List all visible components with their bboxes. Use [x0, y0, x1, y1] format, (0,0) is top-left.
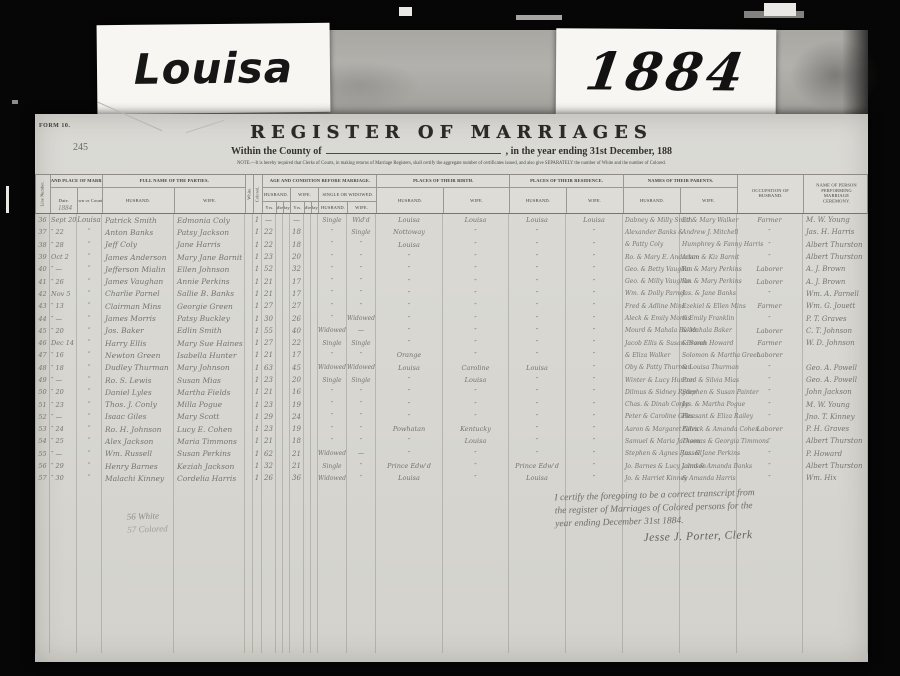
register-cell-w_res: ″ — [566, 288, 623, 300]
register-cell-w_cond: Widowed — [347, 312, 376, 324]
register-cell-w_mos — [304, 411, 311, 423]
register-cell-minister: M. W. Young — [803, 398, 868, 410]
register-cell-h_birth: ″ — [376, 411, 443, 423]
register-cell-white — [245, 288, 253, 300]
register-cell-husband: Thos. J. Conly — [102, 398, 174, 410]
register-cell-wife: Ellen Johnson — [174, 263, 245, 275]
register-cell-h_cond: ″ — [318, 275, 347, 287]
register-cell-h_yrs: 62 — [262, 448, 276, 460]
register-cell-w_mos — [304, 251, 311, 263]
register-cell-h_birth: Louisa — [376, 214, 443, 226]
register-cell-h_res: ″ — [509, 239, 566, 251]
register-cell-w_parents: & Mahala Baker — [680, 325, 737, 337]
col-age-wife: WIFE. — [291, 188, 319, 202]
register-cell-w_yrs: 40 — [290, 325, 304, 337]
register-cell-w_res: ″ — [566, 312, 623, 324]
register-cell-h_yrs: 21 — [262, 349, 276, 361]
register-cell-h_res: ″ — [509, 226, 566, 238]
table-body: 36Sept 20LouisaPatrick SmithEdmonia Coly… — [35, 214, 868, 485]
register-cell-h_days — [283, 325, 290, 337]
register-cell-occupation: ″ — [737, 374, 803, 386]
register-cell-w_days — [311, 239, 318, 251]
register-cell-occupation: ″ — [737, 460, 803, 472]
empty-cell — [376, 485, 443, 653]
film-speck — [399, 7, 412, 16]
register-cell-w_res: ″ — [566, 337, 623, 349]
register-cell-wife: Patsy Buckley — [174, 312, 245, 324]
col-age-condition: AGE AND CONDITION BEFORE MARRIAGE. — [263, 175, 377, 188]
register-row: 48″ 18″Dudley ThurmanMary Johnson16345Wi… — [35, 362, 868, 374]
register-cell-colored: 1 — [253, 251, 262, 263]
register-cell-date: ″ 29 — [50, 460, 77, 472]
register-cell-w_yrs: 17 — [290, 275, 304, 287]
register-cell-w_mos — [304, 275, 311, 287]
register-cell-minister: Wm. A. Parnell — [803, 288, 868, 300]
register-cell-white — [245, 374, 253, 386]
register-cell-w_cond: ″ — [347, 251, 376, 263]
register-cell-colored: 1 — [253, 448, 262, 460]
subtitle-prefix: Within the County of — [231, 146, 322, 157]
register-cell-h_res: ″ — [509, 435, 566, 447]
register-cell-h_days — [283, 239, 290, 251]
col-cond-wife: WIFE. — [348, 202, 377, 213]
register-cell-husband: Alex Jackson — [102, 435, 174, 447]
register-cell-h_parents: Geo. & Betty Vaughan — [623, 263, 680, 275]
register-cell-w_cond: Single — [347, 226, 376, 238]
register-cell-w_days — [311, 337, 318, 349]
register-cell-town: ″ — [77, 226, 102, 238]
register-cell-w_birth: ″ — [443, 226, 509, 238]
register-cell-h_cond: ″ — [318, 239, 347, 251]
col-birth: PLACES OF THEIR BIRTH. — [377, 175, 510, 188]
register-cell-w_parents: Jas. & Martha Pogue — [680, 398, 737, 410]
register-cell-minister: Albert Thurston — [803, 435, 868, 447]
register-row: 56″ 29″Henry BarnesKeziah Jackson13221Si… — [35, 460, 868, 472]
col-colored: Colored. — [254, 175, 263, 213]
register-cell-w_parents: Ro. & Mary Perkins — [680, 275, 737, 287]
register-cell-h_res: ″ — [509, 386, 566, 398]
register-cell-w_cond: Single — [347, 337, 376, 349]
register-cell-w_yrs: 18 — [290, 226, 304, 238]
register-cell-minister: John Jackson — [803, 386, 868, 398]
register-cell-w_res: ″ — [566, 325, 623, 337]
register-cell-w_days — [311, 423, 318, 435]
register-cell-no: 42 — [35, 288, 50, 300]
register-cell-h_res: Prince Edw'd — [509, 460, 566, 472]
register-cell-w_parents: Ed & Mary Walker — [680, 214, 737, 226]
register-cell-no: 36 — [35, 214, 50, 226]
register-cell-h_days — [283, 226, 290, 238]
register-cell-w_yrs: 18 — [290, 435, 304, 447]
register-cell-no: 49 — [35, 374, 50, 386]
register-cell-h_parents: Chas. & Dinah Conly — [623, 398, 680, 410]
register-cell-w_parents: & Louisa Thurman — [680, 362, 737, 374]
register-cell-w_res: ″ — [566, 374, 623, 386]
register-cell-h_yrs: 23 — [262, 423, 276, 435]
col-full-name: FULL NAME OF THE PARTIES. — [103, 175, 246, 188]
register-cell-w_birth: ″ — [443, 398, 509, 410]
register-cell-wife: Mary Sue Haines — [174, 337, 245, 349]
register-cell-no: 56 — [35, 460, 50, 472]
register-cell-h_cond: ″ — [318, 251, 347, 263]
register-cell-w_days — [311, 398, 318, 410]
register-cell-h_yrs: 22 — [262, 226, 276, 238]
register-cell-no: 41 — [35, 275, 50, 287]
register-cell-h_yrs: 23 — [262, 251, 276, 263]
register-cell-h_cond: ″ — [318, 263, 347, 275]
register-cell-w_res: ″ — [566, 239, 623, 251]
register-cell-h_days — [283, 312, 290, 324]
register-cell-w_birth: Caroline — [443, 362, 509, 374]
register-cell-w_parents: Thomas & Georgia Timmons — [680, 435, 737, 447]
register-cell-h_mos — [276, 362, 283, 374]
register-cell-w_yrs: 26 — [290, 312, 304, 324]
col-minister: NAME OF PERSON PERFORMING MARRIAGE CEREM… — [804, 175, 869, 213]
register-cell-h_res: ″ — [509, 325, 566, 337]
register-cell-w_res: ″ — [566, 275, 623, 287]
col-parents-husband: HUSBAND. — [624, 188, 681, 213]
register-cell-w_mos — [304, 214, 311, 226]
register-cell-wife: Lucy E. Cohen — [174, 423, 245, 435]
register-cell-w_mos — [304, 325, 311, 337]
register-cell-date: ″ — — [50, 374, 77, 386]
register-cell-w_cond: Widowed — [347, 362, 376, 374]
register-cell-date: Nov 5 — [50, 288, 77, 300]
register-cell-w_res: ″ — [566, 300, 623, 312]
register-cell-h_res: ″ — [509, 275, 566, 287]
register-cell-w_cond: Single — [347, 374, 376, 386]
register-cell-town: ″ — [77, 386, 102, 398]
col-white: White. — [246, 175, 254, 213]
register-cell-colored: 1 — [253, 435, 262, 447]
register-cell-w_days — [311, 300, 318, 312]
register-cell-h_cond: Widowed — [318, 448, 347, 460]
register-cell-no: 48 — [35, 362, 50, 374]
register-row: 44″ —″James MorrisPatsy Buckley13026″Wid… — [35, 312, 868, 324]
register-cell-husband: Daniel Lyles — [102, 386, 174, 398]
register-cell-h_yrs: 32 — [262, 460, 276, 472]
register-cell-w_birth: ″ — [443, 337, 509, 349]
register-cell-w_days — [311, 411, 318, 423]
register-cell-town: Louisa — [77, 214, 102, 226]
register-cell-town: ″ — [77, 288, 102, 300]
register-cell-husband: Ro. H. Johnson — [102, 423, 174, 435]
register-cell-w_parents: Fred & Silvia Mias — [680, 374, 737, 386]
register-cell-h_parents: Wm. & Dolly Parnel — [623, 288, 680, 300]
register-cell-white — [245, 411, 253, 423]
register-cell-w_cond: ″ — [347, 411, 376, 423]
register-cell-white — [245, 239, 253, 251]
register-cell-husband: Ro. S. Lewis — [102, 374, 174, 386]
register-cell-wife: Keziah Jackson — [174, 460, 245, 472]
register-cell-h_yrs: 29 — [262, 411, 276, 423]
empty-cell — [283, 485, 290, 653]
register-cell-occupation: ″ — [737, 312, 803, 324]
film-speck — [12, 100, 18, 104]
register-cell-h_yrs: 23 — [262, 374, 276, 386]
register-cell-colored: 1 — [253, 214, 262, 226]
register-cell-h_res: ″ — [509, 398, 566, 410]
register-cell-h_days — [283, 374, 290, 386]
register-cell-h_birth: ″ — [376, 398, 443, 410]
col-yrs: Yrs. — [263, 202, 277, 213]
register-cell-h_cond: Single — [318, 374, 347, 386]
register-cell-h_mos — [276, 239, 283, 251]
empty-cell — [262, 485, 276, 653]
register-cell-w_parents: Adam & Kiz Barnit — [680, 251, 737, 263]
register-cell-town: ″ — [77, 472, 102, 484]
register-cell-minister: P. H. Graves — [803, 423, 868, 435]
register-cell-w_birth: ″ — [443, 325, 509, 337]
register-cell-date: ″ 22 — [50, 226, 77, 238]
col-yrs: Yrs. — [291, 202, 305, 213]
register-cell-husband: Charlie Parnel — [102, 288, 174, 300]
register-cell-h_res: ″ — [509, 251, 566, 263]
register-cell-w_cond: Wid'd — [347, 214, 376, 226]
register-cell-h_res: ″ — [509, 448, 566, 460]
register-cell-colored: 1 — [253, 337, 262, 349]
register-cell-h_birth: ″ — [376, 288, 443, 300]
empty-cell — [311, 485, 318, 653]
register-cell-town: ″ — [77, 300, 102, 312]
register-cell-w_birth: ″ — [443, 472, 509, 484]
register-cell-w_birth: ″ — [443, 251, 509, 263]
register-cell-w_cond: ″ — [347, 472, 376, 484]
register-cell-w_res: ″ — [566, 349, 623, 361]
register-cell-w_res: ″ — [566, 472, 623, 484]
register-cell-w_yrs: 17 — [290, 349, 304, 361]
register-cell-minister: C. T. Johnson — [803, 325, 868, 337]
register-cell-occupation: ″ — [737, 448, 803, 460]
register-cell-w_parents: Ro. & Mary Perkins — [680, 263, 737, 275]
register-cell-w_days — [311, 460, 318, 472]
register-cell-w_days — [311, 312, 318, 324]
register-cell-wife: Milla Pogue — [174, 398, 245, 410]
year-label-card: 1884 — [556, 28, 777, 116]
register-cell-occupation: ″ — [737, 226, 803, 238]
register-cell-h_cond: ″ — [318, 423, 347, 435]
register-cell-h_days — [283, 472, 290, 484]
register-row: 38″ 28″Jeff ColyJane Harris12218″″Louisa… — [35, 239, 868, 251]
register-cell-w_days — [311, 263, 318, 275]
register-cell-w_days — [311, 349, 318, 361]
register-cell-colored: 1 — [253, 239, 262, 251]
register-cell-town: ″ — [77, 374, 102, 386]
register-cell-h_mos — [276, 423, 283, 435]
register-cell-h_parents: Peter & Caroline Giles — [623, 411, 680, 423]
register-cell-w_mos — [304, 423, 311, 435]
register-cell-h_parents: Dilmus & Sidney Ryder — [623, 386, 680, 398]
register-cell-date: ″ 23 — [50, 398, 77, 410]
register-cell-town: ″ — [77, 239, 102, 251]
register-cell-town: ″ — [77, 312, 102, 324]
register-cell-w_cond: ″ — [347, 398, 376, 410]
register-cell-white — [245, 226, 253, 238]
register-cell-town: ″ — [77, 423, 102, 435]
register-cell-w_yrs: 45 — [290, 362, 304, 374]
register-cell-husband: Dudley Thurman — [102, 362, 174, 374]
register-cell-h_birth: ″ — [376, 435, 443, 447]
register-cell-w_mos — [304, 239, 311, 251]
register-cell-colored: 1 — [253, 325, 262, 337]
register-cell-white — [245, 398, 253, 410]
register-cell-date: ″ 26 — [50, 275, 77, 287]
register-cell-h_mos — [276, 460, 283, 472]
register-cell-occupation: Laborer — [737, 275, 803, 287]
register-cell-w_parents: Pleasant & Eliza Railey — [680, 411, 737, 423]
register-cell-date: ″ 18 — [50, 362, 77, 374]
register-cell-h_parents: Geo. & Milly Vaughan — [623, 275, 680, 287]
register-cell-wife: Edlin Smith — [174, 325, 245, 337]
register-cell-w_mos — [304, 374, 311, 386]
register-row: 51″ 23″Thos. J. ConlyMilla Pogue12319″″″… — [35, 398, 868, 410]
register-cell-h_cond: ″ — [318, 411, 347, 423]
microfilm-frame: { "labels": { "county_card": "Louisa", "… — [0, 0, 900, 676]
register-cell-h_parents: Jo. & Harriet Kinney — [623, 472, 680, 484]
register-cell-w_days — [311, 288, 318, 300]
register-cell-w_cond: ″ — [347, 239, 376, 251]
register-cell-h_birth: ″ — [376, 325, 443, 337]
register-cell-h_parents: Winter & Lucy Hunton — [623, 374, 680, 386]
register-cell-h_parents: Jacob Ellis & Susan Brown — [623, 337, 680, 349]
register-cell-h_res: ″ — [509, 300, 566, 312]
register-cell-w_mos — [304, 362, 311, 374]
register-cell-colored: 1 — [253, 460, 262, 472]
register-cell-h_birth: ″ — [376, 275, 443, 287]
register-cell-w_birth: Louisa — [443, 214, 509, 226]
register-cell-w_res: ″ — [566, 398, 623, 410]
register-cell-h_yrs: 55 — [262, 325, 276, 337]
register-cell-w_birth: ″ — [443, 411, 509, 423]
col-single-widowed: SINGLE OR WIDOWED. — [319, 188, 377, 202]
register-cell-wife: Mary Jane Barnit — [174, 251, 245, 263]
register-cell-husband: James Morris — [102, 312, 174, 324]
register-cell-colored: 1 — [253, 411, 262, 423]
register-cell-h_days — [283, 251, 290, 263]
register-cell-wife: Mary Johnson — [174, 362, 245, 374]
register-cell-colored: 1 — [253, 398, 262, 410]
register-cell-husband: Jeff Coly — [102, 239, 174, 251]
register-cell-date: ″ 20 — [50, 325, 77, 337]
register-cell-h_mos — [276, 275, 283, 287]
register-cell-h_res: ″ — [509, 411, 566, 423]
register-cell-occupation: Laborer — [737, 349, 803, 361]
register-cell-w_days — [311, 325, 318, 337]
register-cell-h_mos — [276, 214, 283, 226]
register-cell-h_mos — [276, 448, 283, 460]
register-cell-husband: Harry Ellis — [102, 337, 174, 349]
col-days: Days. — [312, 202, 319, 213]
register-cell-w_cond: — — [347, 448, 376, 460]
register-cell-town: ″ — [77, 435, 102, 447]
col-town: Town or County. — [78, 188, 103, 213]
register-row: 50″ 20″Daniel LylesMartha Fields12116″″″… — [35, 386, 868, 398]
register-cell-h_yrs: 26 — [262, 472, 276, 484]
register-cell-w_mos — [304, 226, 311, 238]
register-cell-h_parents: Oby & Patty Thurman — [623, 362, 680, 374]
register-cell-date: ″ 20 — [50, 386, 77, 398]
register-cell-h_mos — [276, 312, 283, 324]
register-row: 49″ —″Ro. S. LewisSusan Mias12320SingleS… — [35, 374, 868, 386]
register-cell-w_res: ″ — [566, 251, 623, 263]
register-cell-town: ″ — [77, 362, 102, 374]
col-husband-name: HUSBAND. — [103, 188, 175, 213]
register-cell-w_birth: Louisa — [443, 435, 509, 447]
register-cell-minister: Geo. A. Powell — [803, 362, 868, 374]
register-cell-h_cond: ″ — [318, 398, 347, 410]
register-cell-minister: A. J. Brown — [803, 263, 868, 275]
empty-cell — [77, 485, 102, 653]
register-cell-date: Sept 20 — [50, 214, 77, 226]
register-cell-town: ″ — [77, 337, 102, 349]
col-residence: PLACES OF THEIR RESIDENCE. — [510, 175, 624, 188]
register-cell-no: 51 — [35, 398, 50, 410]
register-cell-h_mos — [276, 472, 283, 484]
empty-cell — [276, 485, 283, 653]
col-age-husband: HUSBAND. — [263, 188, 291, 202]
register-cell-date: ″ — — [50, 263, 77, 275]
register-cell-w_cond: ″ — [347, 275, 376, 287]
register-cell-h_birth: ″ — [376, 374, 443, 386]
register-cell-w_cond: ″ — [347, 386, 376, 398]
register-cell-w_days — [311, 226, 318, 238]
register-cell-h_birth: ″ — [376, 251, 443, 263]
register-cell-white — [245, 325, 253, 337]
register-cell-occupation: Farmer — [737, 337, 803, 349]
register-cell-h_birth: ″ — [376, 386, 443, 398]
tally-note: 56 White 57 Colored — [127, 509, 168, 536]
register-cell-colored: 1 — [253, 226, 262, 238]
register-cell-w_cond: — — [347, 325, 376, 337]
register-cell-h_yrs: 23 — [262, 398, 276, 410]
register-cell-h_days — [283, 460, 290, 472]
register-cell-no: 38 — [35, 239, 50, 251]
register-cell-h_parents: Stephen & Agnes Russell — [623, 448, 680, 460]
register-cell-w_res: ″ — [566, 423, 623, 435]
register-cell-h_res: ″ — [509, 423, 566, 435]
register-cell-h_birth: Louisa — [376, 362, 443, 374]
register-cell-no: 37 — [35, 226, 50, 238]
register-cell-h_birth: ″ — [376, 263, 443, 275]
register-cell-w_parents: Humphrey & Fanny Harris — [680, 239, 737, 251]
register-row: 37″ 22″Anton BanksPatsy Jackson12218″Sin… — [35, 226, 868, 238]
empty-cell — [318, 485, 347, 653]
register-cell-wife: Susan Mias — [174, 374, 245, 386]
register-cell-w_mos — [304, 312, 311, 324]
register-cell-white — [245, 275, 253, 287]
register-cell-w_mos — [304, 472, 311, 484]
register-cell-h_yrs: 52 — [262, 263, 276, 275]
register-cell-w_res: Louisa — [566, 214, 623, 226]
register-cell-no: 39 — [35, 251, 50, 263]
register-cell-h_cond: ″ — [318, 312, 347, 324]
empty-cell — [35, 485, 50, 653]
register-cell-h_parents: Mourd & Mahala Baker — [623, 325, 680, 337]
register-cell-date: ″ 24 — [50, 423, 77, 435]
empty-cell — [290, 485, 304, 653]
empty-cell — [443, 485, 509, 653]
register-cell-h_mos — [276, 226, 283, 238]
form-note: NOTE.—It is hereby required that Clerks … — [173, 161, 729, 166]
register-cell-white — [245, 349, 253, 361]
register-cell-w_mos — [304, 349, 311, 361]
film-dark-edge — [842, 30, 868, 118]
register-cell-date: ″ 25 — [50, 435, 77, 447]
register-row: 55″ —″Wm. RussellSusan Perkins16221Widow… — [35, 448, 868, 460]
register-cell-w_birth: Louisa — [443, 374, 509, 386]
register-cell-h_mos — [276, 263, 283, 275]
register-cell-w_mos — [304, 263, 311, 275]
